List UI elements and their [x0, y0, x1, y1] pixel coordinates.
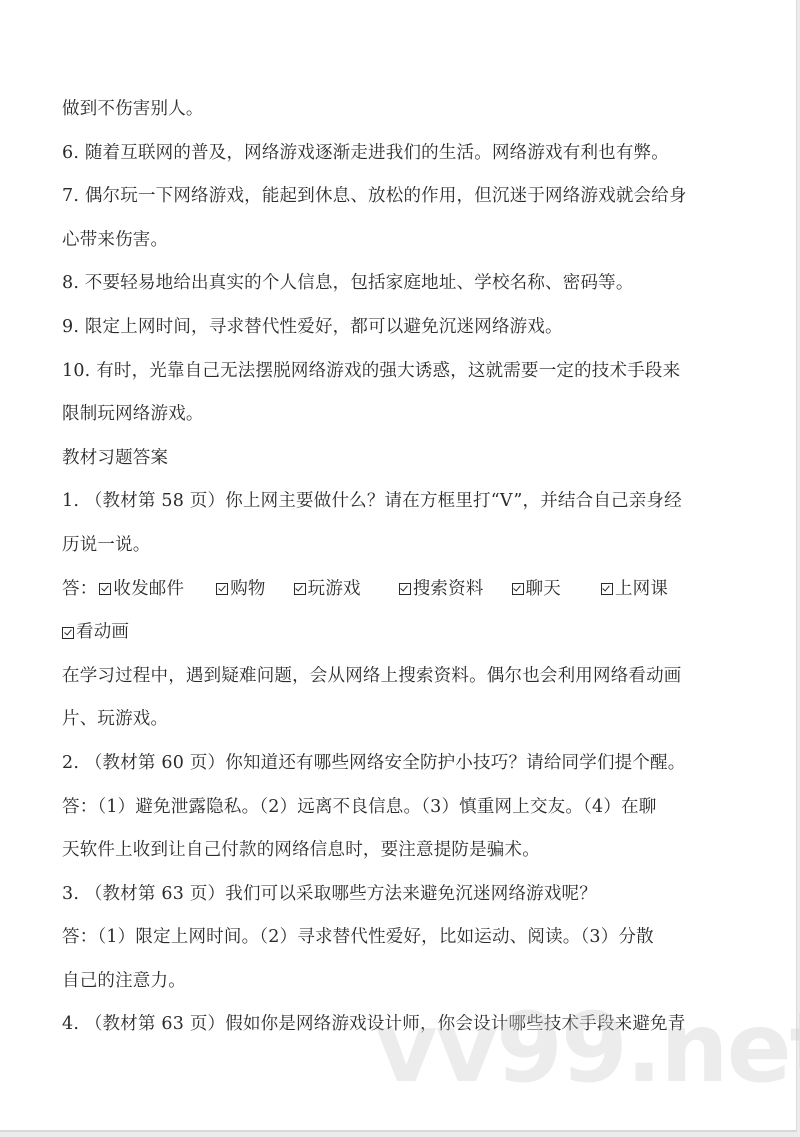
text-line: 7. 偶尔玩一下网络游戏，能起到休息、放松的作用，但沉迷于网络游戏就会给身	[62, 175, 728, 219]
checked-box-icon	[399, 583, 411, 595]
question-2: 2. （教材第 60 页）你知道还有哪些网络安全防护小技巧？请给同学们提个醒。	[62, 742, 728, 786]
option-online-class: 上网课	[601, 568, 668, 612]
question-1: 1. （教材第 58 页）你上网主要做什么？请在方框里打“V”，并结合自己亲身经	[62, 480, 728, 524]
text-line: 答：（1）避免泄露隐私。（2）远离不良信息。（3）慎重网上交友。（4）在聊	[62, 786, 728, 830]
text-line: 在学习过程中，遇到疑难问题，会从网络上搜索资料。偶尔也会利用网络看动画	[62, 655, 728, 699]
section-heading: 教材习题答案	[62, 437, 728, 481]
answer-1-options: 答： 收发邮件 购物 玩游戏 搜索资料 聊天	[62, 568, 728, 612]
option-email: 收发邮件	[99, 568, 184, 612]
checked-box-icon	[216, 583, 228, 595]
checked-box-icon	[601, 583, 613, 595]
text-line: 9. 限定上网时间，寻求替代性爱好，都可以避免沉迷网络游戏。	[62, 306, 728, 350]
option-animation: 看动画	[62, 611, 129, 655]
answer-1-options-cont: 看动画	[62, 611, 728, 655]
checked-box-icon	[294, 583, 306, 595]
text-line: 历说一说。	[62, 524, 728, 568]
text-line: 答：（1）限定上网时间。（2）寻求替代性爱好，比如运动、阅读。（3）分散	[62, 916, 728, 960]
option-shopping: 购物	[216, 568, 265, 612]
document-body: 做到不伤害别人。 6. 随着互联网的普及，网络游戏逐渐走进我们的生活。网络游戏有…	[62, 88, 728, 1047]
checked-box-icon	[99, 583, 111, 595]
text-line: 自己的注意力。	[62, 960, 728, 1004]
text-line: 10. 有时，光靠自己无法摆脱网络游戏的强大诱惑，这就需要一定的技术手段来	[62, 350, 728, 394]
option-search: 搜索资料	[399, 568, 484, 612]
checked-box-icon	[512, 583, 524, 595]
text-line: 6. 随着互联网的普及，网络游戏逐渐走进我们的生活。网络游戏有利也有弊。	[62, 132, 728, 176]
text-line: 限制玩网络游戏。	[62, 393, 728, 437]
text-line: 片、玩游戏。	[62, 698, 728, 742]
answer-label: 答：	[62, 568, 97, 612]
question-4: 4. （教材第 63 页）假如你是网络游戏设计师，你会设计哪些技术手段来避免青	[62, 1003, 728, 1047]
text-line: 心带来伤害。	[62, 219, 728, 263]
document-page: 做到不伤害别人。 6. 随着互联网的普及，网络游戏逐渐走进我们的生活。网络游戏有…	[0, 0, 797, 1132]
option-chat: 聊天	[512, 568, 561, 612]
question-3: 3. （教材第 63 页）我们可以采取哪些方法来避免沉迷网络游戏呢？	[62, 873, 728, 917]
text-line: 天软件上收到让自己付款的网络信息时，要注意提防是骗术。	[62, 829, 728, 873]
checked-box-icon	[62, 627, 74, 639]
text-line: 8. 不要轻易地给出真实的个人信息，包括家庭地址、学校名称、密码等。	[62, 262, 728, 306]
text-line: 做到不伤害别人。	[62, 88, 728, 132]
option-games: 玩游戏	[294, 568, 361, 612]
